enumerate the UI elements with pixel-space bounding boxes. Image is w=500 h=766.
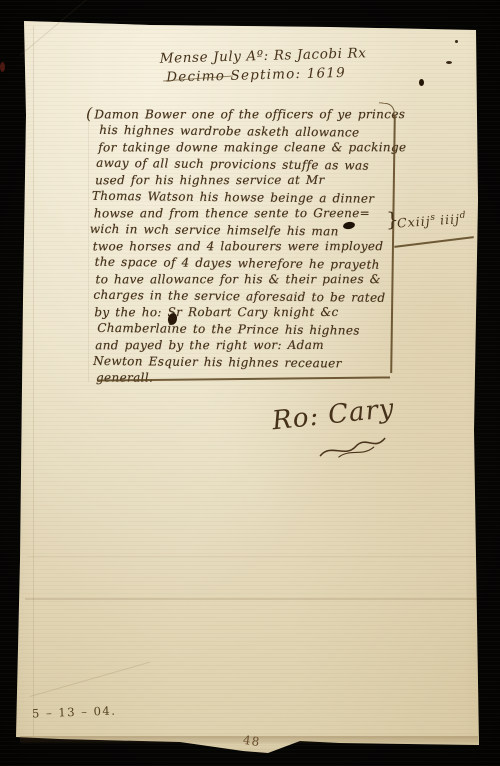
manuscript-line: his highnes wardrobe asketh allowance — [99, 123, 359, 140]
manuscript-line: generall. — [96, 371, 153, 385]
docket-total: 5 – 13 – 04. — [32, 704, 117, 721]
manuscript-line: Chamberlaine to the Prince his highnes — [97, 321, 360, 338]
manuscript-line: for takinge downe makinge cleane & packi… — [98, 140, 406, 154]
photo-backdrop: Mense July Aº: Rs Jacobi Rx Decimo Septi… — [0, 0, 500, 766]
margin-sum-main-unit: s — [430, 213, 435, 223]
manuscript-line: and payed by the right wor: Adam — [95, 338, 324, 352]
heading-block: Mense July Aº: Rs Jacobi Rx Decimo Septi… — [160, 45, 368, 85]
box-left-crease — [88, 112, 89, 382]
manuscript-line: twoe horses and 4 labourers were imploye… — [93, 239, 384, 253]
margin-sum-main: Cxiij — [397, 213, 431, 230]
manuscript-line: wich in wch service himselfe his man — [90, 222, 339, 239]
manuscript-line: Newton Esquier his highnes receauer — [93, 354, 342, 371]
manuscript-line: used for his highnes service at Mr — [95, 173, 325, 187]
horizontal-crease-1 — [28, 556, 476, 557]
ink-blot — [419, 79, 424, 86]
manuscript-line: to have allowance for his & their paines… — [96, 272, 381, 286]
ink-speck — [446, 61, 452, 64]
margin-sum-sub: iiij — [440, 211, 461, 227]
left-sheet-edge — [33, 26, 34, 736]
ink-speck — [455, 40, 458, 43]
folio-number: 48 — [242, 733, 261, 749]
manuscript-line: Thomas Watson his howse beinge a dinner — [92, 189, 375, 206]
backdrop-speck — [0, 62, 5, 72]
manuscript-line: away of all such provicions stuffe as wa… — [96, 156, 369, 173]
manuscript-line: howse and from thence sente to Greene= — [94, 206, 370, 220]
paragraph-open-flourish: ( — [86, 104, 92, 123]
manuscript-line: by the ho: Sr Robart Cary knight &c — [94, 305, 338, 319]
horizontal-crease-2 — [25, 598, 477, 600]
manuscript-line: the space of 4 dayes wherefore he prayet… — [95, 255, 380, 272]
margin-sum-sub-unit: d — [459, 211, 465, 221]
manuscript-line: Damon Bower one of the officers of ye pr… — [94, 107, 405, 121]
